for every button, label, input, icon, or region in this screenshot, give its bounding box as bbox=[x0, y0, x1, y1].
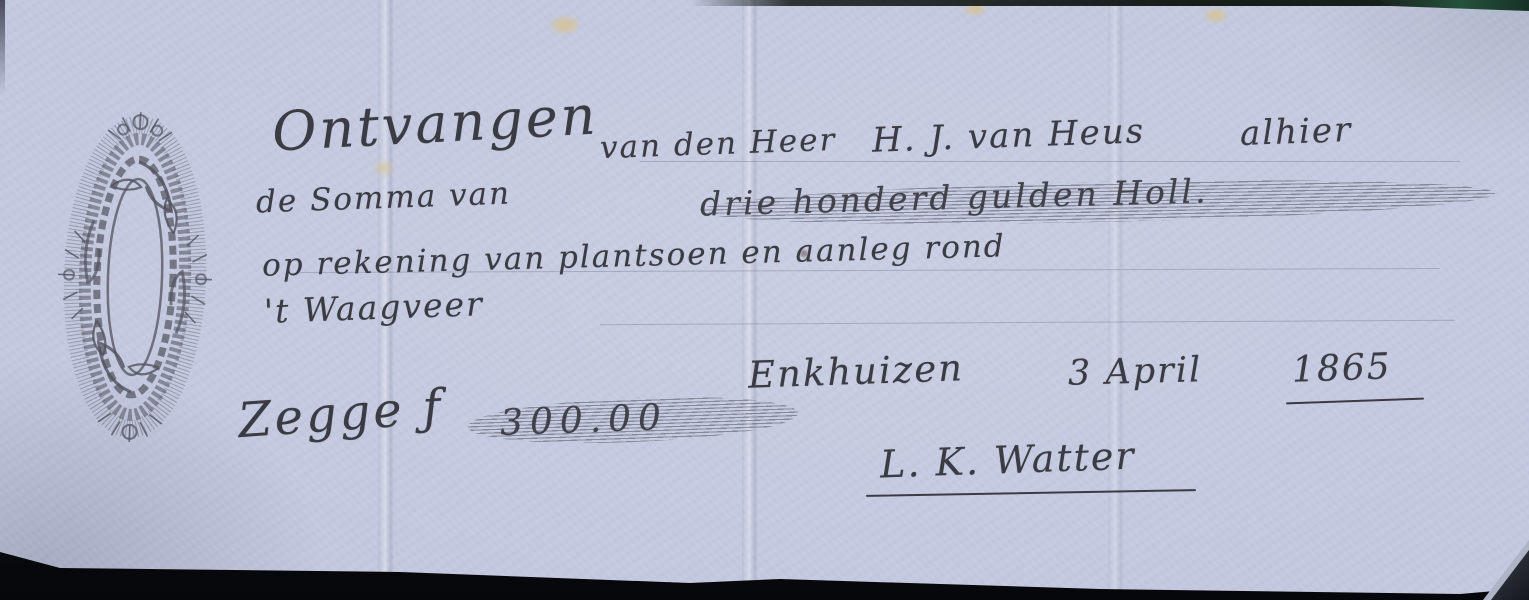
corner-fold-highlight bbox=[1483, 540, 1529, 600]
year-underline bbox=[1286, 398, 1424, 405]
paper-texture bbox=[0, 0, 1529, 600]
paper-stain bbox=[376, 162, 392, 174]
scan-edge-left bbox=[0, 0, 5, 95]
scan-edge-top bbox=[690, 0, 1529, 6]
scan-edge-top-right-green bbox=[1379, 0, 1529, 11]
fold-crease-center bbox=[742, 0, 758, 600]
signature-text: L. K. Watter bbox=[879, 434, 1136, 487]
line2-label: de Somma van bbox=[255, 176, 511, 221]
line2-amount-words: drie honderd gulden Holl. bbox=[700, 171, 1209, 223]
fold-crease-right bbox=[1108, 0, 1124, 600]
baseline-rule bbox=[640, 161, 1460, 162]
ornament-vignette bbox=[48, 92, 223, 466]
ornament-oval-cartouche-icon bbox=[48, 92, 223, 462]
zegge-amount-figures: 300.00 bbox=[499, 397, 668, 444]
paper-stain bbox=[552, 18, 578, 32]
line1-place-word: alhier bbox=[1239, 110, 1353, 154]
line3-text: op rekening van plantsoen en aanleg rond bbox=[262, 228, 1006, 283]
scan-edge-bottom bbox=[0, 0, 1529, 600]
paper-stain bbox=[966, 4, 984, 14]
dateline-place: Enkhuizen bbox=[747, 346, 964, 397]
corner-fold-shadow bbox=[1491, 550, 1529, 600]
line1-opening-word: Ontvangen bbox=[271, 83, 600, 163]
zegge-label: Zegge ƒ bbox=[236, 379, 445, 449]
paper-stain bbox=[1206, 10, 1226, 21]
dateline-day-month: 3 April bbox=[1067, 350, 1202, 393]
receipt-scan: Ontvangen van den Heer H. J. van Heus al… bbox=[0, 0, 1529, 600]
baseline-rule bbox=[600, 320, 1455, 325]
dateline-year: 1865 bbox=[1291, 346, 1392, 390]
line4-text: 't Waagveer bbox=[263, 284, 484, 331]
line1-payer-name: H. J. van Heus bbox=[871, 111, 1145, 161]
signature-underline bbox=[866, 489, 1196, 497]
line1-connector: van den Heer bbox=[599, 122, 836, 166]
